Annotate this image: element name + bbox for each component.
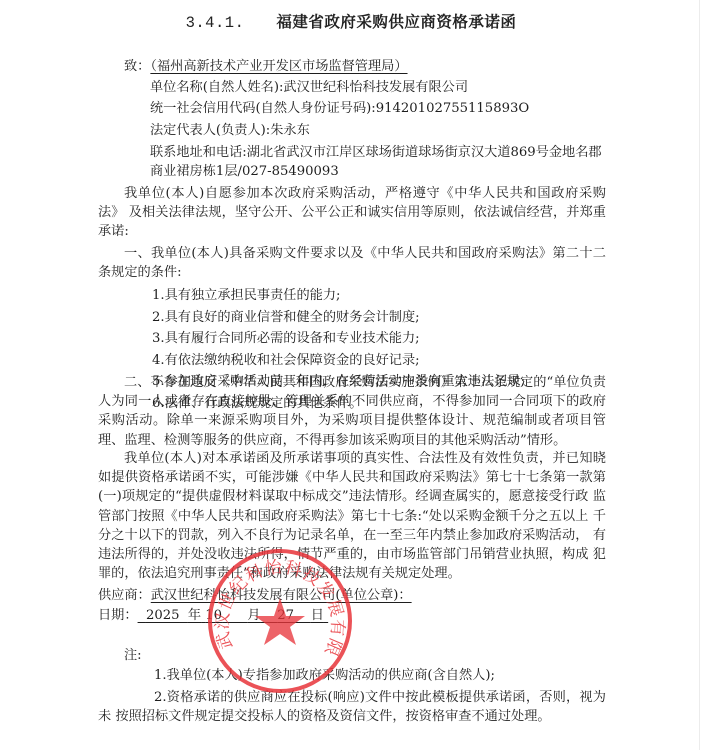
note-2: 2.资格承诺的供应商应在投标(响应)文件中按此模板提供承诺函，否则，视为未 按照… xyxy=(98,688,606,726)
condition-item: 1.具有独立承担民事责任的能力; xyxy=(152,285,525,307)
responsibility-paragraph: 我单位(本人)对本承诺函及所承诺事项的真实性、合法性及有效性负责，并已知晓 如提… xyxy=(98,449,606,583)
date-year: 2025 xyxy=(146,608,180,623)
notes-label: 注: xyxy=(124,646,142,666)
date-day-unit: 日 xyxy=(311,608,324,623)
section-number: 3.4.1. xyxy=(186,14,245,32)
condition-item: 3.具有履行合同所必需的设备和专业技术能力; xyxy=(152,328,525,350)
document-page: 3.4.1.福建省政府采购供应商资格承诺函 致：（福州高新技术产业开发区市场监督… xyxy=(0,0,702,750)
company-name-line: 单位名称(自然人姓名):武汉世纪科怡科技发展有限公司 xyxy=(150,78,468,98)
address-line-1: 联系地址和电话:湖北省武汉市江岸区球场街道球场街京汉大道869号金地名郡 xyxy=(150,143,602,163)
supplier-label: 供应商： xyxy=(98,588,151,603)
clause-two: 二、不存在违反《中华人民共和国政府采购法实施条例》第十八条规定的“单位负责人为同… xyxy=(98,373,606,450)
addressee-line: 致：（福州高新技术产业开发区市场监督管理局） xyxy=(124,57,408,77)
date-line: 日期： 2025 年 10 月 27 日 xyxy=(98,606,328,626)
date-value: 2025 年 10 月 27 日 xyxy=(138,608,329,623)
address-line-2: 商业裙房栋1层/027-85490093 xyxy=(150,162,339,182)
addressee-value: （福州高新技术产业开发区市场监督管理局） xyxy=(150,59,407,74)
date-month-unit: 月 xyxy=(247,608,260,623)
credit-code-line: 统一社会信用代码(自然人身份证号码):91420102755115893O xyxy=(150,99,529,119)
date-year-unit: 年 xyxy=(188,608,201,623)
date-day: 27 xyxy=(277,608,294,623)
condition-item: 4.有依法缴纳税收和社会保障资金的良好记录; xyxy=(152,350,525,372)
intro-paragraph: 我单位(本人)自愿参加本次政府采购活动，严格遵守《中华人民共和国政府采购法》 及… xyxy=(98,184,606,242)
addressee-label: 致： xyxy=(124,59,150,74)
note-1: 1.我单位(本人)专指参加政府采购活动的供应商(含自然人); xyxy=(154,666,495,686)
condition-item: 2.具有良好的商业信誉和健全的财务会计制度; xyxy=(152,307,525,329)
date-label: 日期： xyxy=(98,608,138,623)
document-title: 3.4.1.福建省政府采购供应商资格承诺函 xyxy=(0,10,702,32)
supplier-line: 供应商：武汉世纪科怡科技发展有限公司(单位公章)： xyxy=(98,586,412,606)
date-month: 10 xyxy=(205,608,222,623)
legal-rep-line: 法定代表人(负责人):朱永东 xyxy=(150,121,310,141)
clause-one: 一、我单位(本人)具备采购文件要求以及《中华人民共和国政府采购法》第二十二 条规… xyxy=(98,244,606,282)
supplier-value: 武汉世纪科怡科技发展有限公司(单位公章)： xyxy=(151,588,412,603)
page-edge xyxy=(699,0,700,750)
title-text: 福建省政府采购供应商资格承诺函 xyxy=(276,13,516,31)
